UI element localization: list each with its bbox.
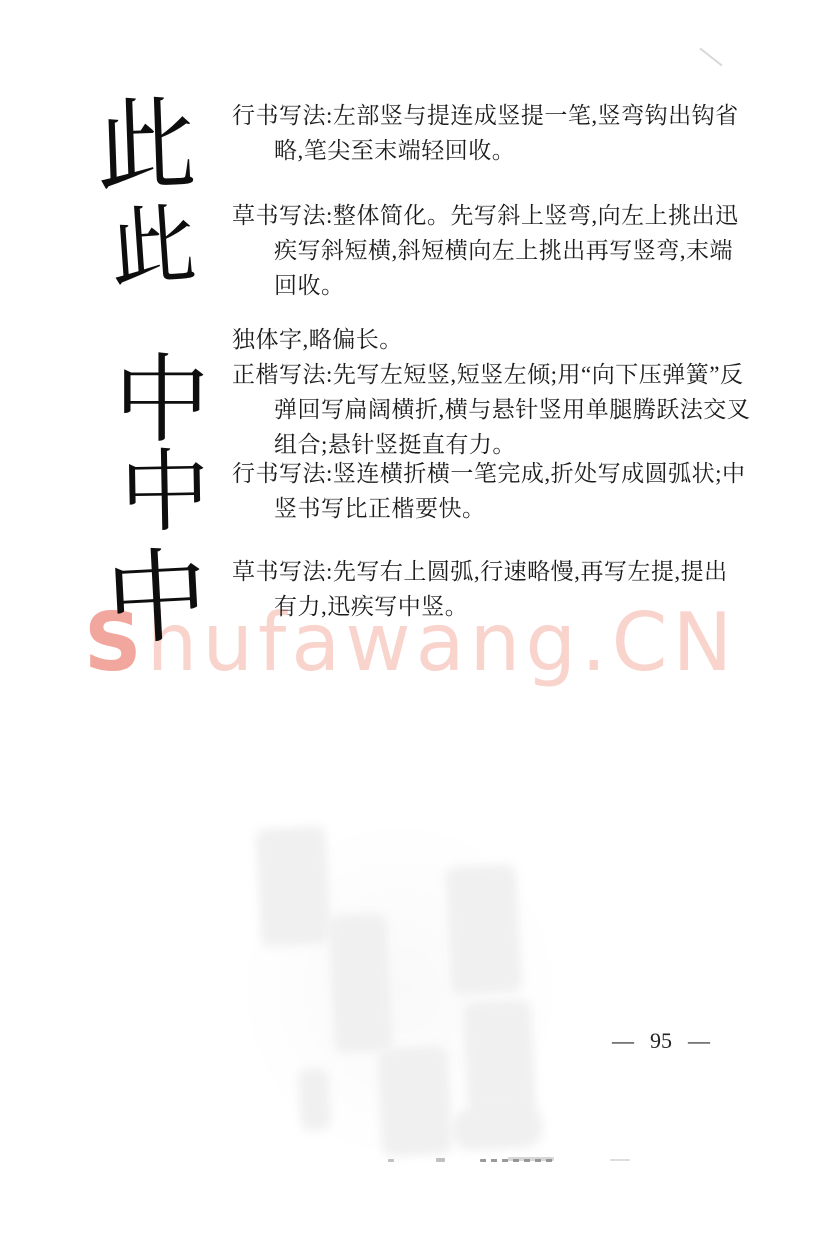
ghost-blob (450, 1105, 544, 1152)
text-line: 弹回写扁阔横折,横与悬针竖用单腿腾跃法交叉 (232, 392, 734, 427)
smudge-mark (508, 1157, 554, 1161)
paragraph-running-script-ci: 行书写法:左部竖与提连成竖提一笔,竖弯钩出钩省 略,笔尖至末端轻回收。 (232, 98, 734, 168)
text-line: 回收。 (232, 268, 734, 303)
page-number: 95 (650, 1028, 672, 1054)
paragraph-cursive-script-zhong: 草书写法:先写右上圆弧,行速略慢,再写左提,提出 有力,迅疾写中竖。 (232, 554, 734, 624)
text-line: 有力,迅疾写中竖。 (232, 589, 734, 624)
ghost-blob (298, 1068, 331, 1131)
text-line: 草书写法:整体简化。先写斜上竖弯,向左上挑出迅 (232, 198, 734, 233)
ghost-blob (255, 826, 331, 948)
calligraphy-char-zhong-cursive: 中 (103, 545, 210, 652)
scanned-book-page: 此 此 中 中 中 行书写法:左部竖与提连成竖提一笔,竖弯钩出钩省 略,笔尖至末… (0, 0, 816, 1235)
paragraph-running-script-zhong: 行书写法:竖连横折横一笔完成,折处写成圆弧状;中 竖书写比正楷要快。 (232, 456, 734, 526)
paragraph-zhong-intro-and-regular: 独体字,略偏长。 正楷写法:先写左短竖,短竖左倾;用“向下压弹簧”反 弹回写扁阔… (232, 322, 734, 462)
calligraphy-char-zhong-running: 中 (119, 447, 211, 539)
scan-smudge-row (388, 1156, 650, 1164)
ghost-blob (446, 864, 523, 995)
ghost-blob (377, 1046, 453, 1158)
smudge-mark (436, 1158, 445, 1162)
scan-scratch-artifact (699, 48, 722, 67)
ghost-blob (328, 913, 393, 1054)
text-line: 疾写斜短横,斜短横向左上挑出再写竖弯,末端 (232, 233, 734, 268)
ghost-stamp-artifact (227, 808, 573, 1173)
footer-right-dash: — (688, 1028, 710, 1054)
calligraphy-char-zhong-regular: 中 (114, 352, 210, 448)
text-line: 正楷写法:先写左短竖,短竖左倾;用“向下压弹簧”反 (232, 357, 734, 392)
smudge-mark (610, 1159, 630, 1161)
page-number-footer: — 95 — (612, 1028, 710, 1054)
ghost-blob (463, 999, 537, 1120)
calligraphy-char-ci-cursive: 此 (107, 201, 199, 293)
text-line: 草书写法:先写右上圆弧,行速略慢,再写左提,提出 (232, 554, 734, 589)
paragraph-cursive-script-ci: 草书写法:整体简化。先写斜上竖弯,向左上挑出迅 疾写斜短横,斜短横向左上挑出再写… (232, 198, 734, 303)
text-line: 略,笔尖至末端轻回收。 (232, 133, 734, 168)
smudge-mark (388, 1159, 394, 1162)
text-line: 行书写法:左部竖与提连成竖提一笔,竖弯钩出钩省 (232, 98, 734, 133)
text-line: 行书写法:竖连横折横一笔完成,折处写成圆弧状;中 (232, 456, 734, 491)
calligraphy-char-ci-running: 此 (94, 94, 197, 197)
footer-left-dash: — (612, 1028, 634, 1054)
text-line: 竖书写比正楷要快。 (232, 491, 734, 526)
text-line: 独体字,略偏长。 (232, 322, 734, 357)
